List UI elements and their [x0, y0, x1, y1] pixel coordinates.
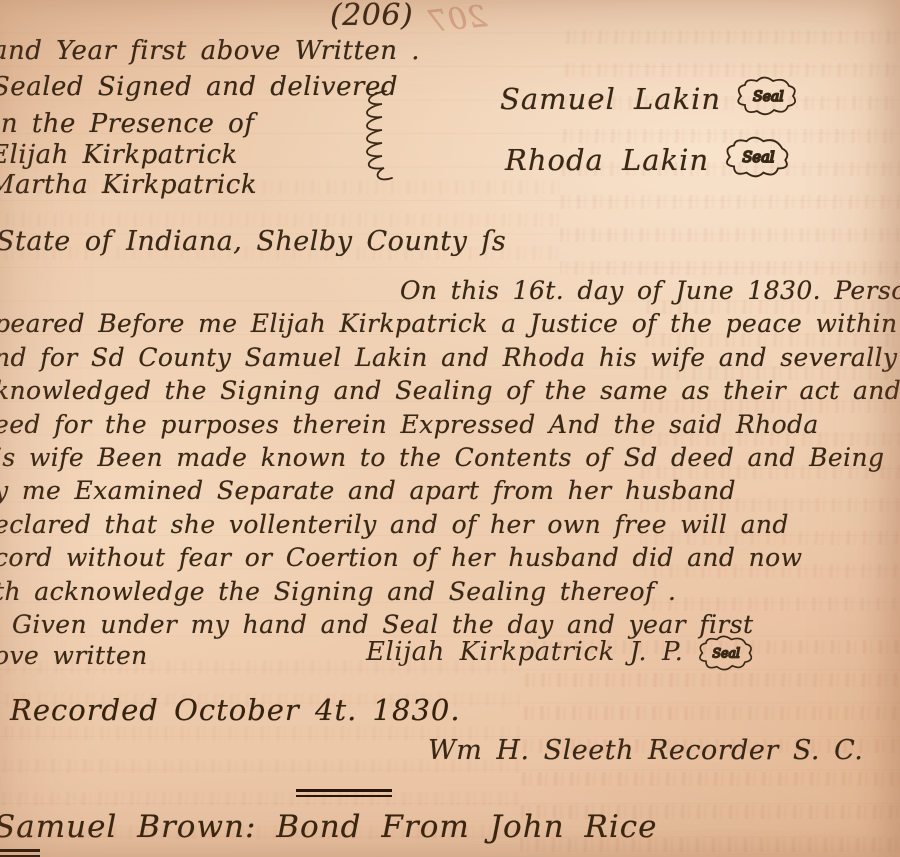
witness-signature: Martha Kirkpatrick [0, 170, 257, 200]
signature-row: Rhoda Lakin Seal [505, 136, 791, 184]
acknowledgment-line: is wife Been made known to the Contents … [0, 443, 900, 476]
seal-scribble: Seal [694, 635, 756, 677]
closing-row: ove written Elijah Kirkpatrick J. P. Sea… [0, 641, 148, 670]
acknowledgment-line: peared Before me Elijah Kirkpatrick a Ju… [0, 309, 900, 342]
recorder-signature: Wm H. Sleeth Recorder S. C. [428, 735, 863, 766]
seal-scribble: Seal [733, 76, 799, 122]
acknowledgment-line: nd for Sd County Samuel Lakin and Rhoda … [0, 343, 900, 376]
corner-divider-fragment [0, 849, 40, 857]
seal-label: Seal [712, 646, 740, 661]
page-number: (206) [330, 0, 413, 33]
jurisdiction-line: State of Indiana, Shelby County ſs [0, 226, 506, 257]
closing-prefix: ove written [0, 641, 148, 670]
attestation-line: in the Presence of [0, 109, 254, 139]
acknowledgment-line: eed for the purposes therein Expressed A… [0, 410, 900, 443]
signature-name: Samuel Lakin [500, 82, 721, 116]
acknowledgment-line: On this 16t. day of June 1830. Personall… [0, 276, 900, 309]
attestation-line: Sealed Signed and delivered [0, 72, 398, 102]
entry-divider [296, 789, 392, 797]
bleed-page-number: 207 [426, 0, 488, 40]
acknowledgment-line: cord without fear or Coertion of her hus… [0, 543, 900, 576]
seal-label: Seal [743, 149, 775, 166]
manuscript-deed-record-page: (206) 207 and Year first above Written .… [0, 0, 900, 857]
seal-scribble: Seal [721, 136, 791, 184]
witness-signature: Elijah Kirkpatrick [0, 140, 238, 170]
next-entry-heading: Samuel Brown: Bond From John Rice [0, 809, 657, 845]
signature-row: Samuel Lakin Seal [500, 76, 799, 122]
acknowledgment-line: eclared that she vollenterily and of her… [0, 510, 900, 543]
acknowledgment-line: knowledged the Signing and Sealing of th… [0, 376, 900, 409]
seal-label: Seal [753, 89, 784, 105]
acknowledgment-line: th acknowledge the Signing and Sealing t… [0, 577, 900, 610]
attestation-line: and Year first above Written . [0, 36, 420, 66]
recorded-date-line: Recorded October 4t. 1830. [10, 693, 461, 727]
acknowledgment-line: y me Examined Separate and apart from he… [0, 476, 900, 509]
officer-signature: Elijah Kirkpatrick J. P. [366, 637, 683, 667]
signature-name: Rhoda Lakin [505, 143, 709, 177]
ink-coil-bracket [352, 88, 394, 192]
acknowledgment-paragraph: On this 16t. day of June 1830. Personall… [0, 276, 900, 643]
